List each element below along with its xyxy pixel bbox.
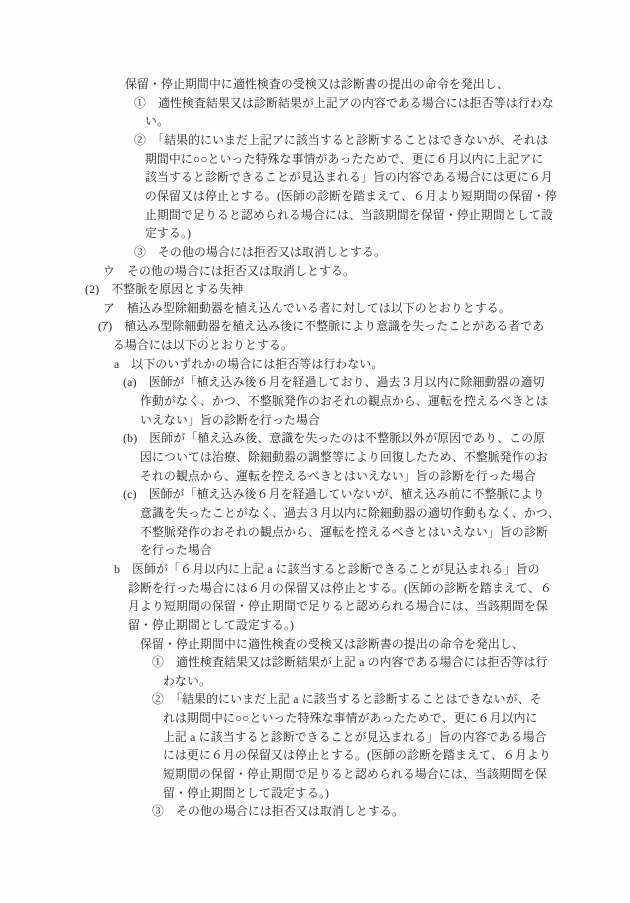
text-line: 月より短期間の保留・停止期間で足りると認められる場合には、当該期間を保 xyxy=(128,599,548,614)
text-line: れは期間中に○○といった特殊な事情があったためで、更に６月以内に xyxy=(163,711,538,726)
text-line: 該当すると診断できることが見込まれる」旨の内容である場合には更に６月 xyxy=(145,170,553,185)
text-line: 因については治療、除細動器の調整等により回復したため、不整脈発作のお xyxy=(140,450,548,465)
text-line: (2) 不整脈を原因とする失神 xyxy=(85,282,243,297)
text-line: い。 xyxy=(145,114,169,129)
text-line: (c) 医師が「植え込み後６月を経過していないが、植え込み前に不整脈により xyxy=(123,487,545,502)
text-line: ア 植込み型除細動器を植え込んでいる者に対しては以下のとおりとする。 xyxy=(103,301,511,316)
text-line: ウ その他の場合には拒否又は取消しとする。 xyxy=(103,264,355,279)
text-line: 保留・停止期間中に適性検査の受検又は診断書の提出の命令を発出し、 xyxy=(140,637,524,652)
text-line: を行った場合 xyxy=(140,543,212,558)
text-line: 短期間の保留・停止期間で足りると認められる場合には、当該期間を保 xyxy=(163,767,547,782)
text-line: (b) 医師が「植え込み後、意識を失ったのは不整脈以外が原因であり、この原 xyxy=(123,431,545,446)
text-line: 保留・停止期間中に適性検査の受検又は診断書の提出の命令を発出し、 xyxy=(125,77,509,92)
document-page: 保留・停止期間中に適性検査の受検又は診断書の提出の命令を発出し、① 適性検査結果… xyxy=(0,0,630,903)
text-line: 定する。) xyxy=(145,226,191,241)
text-line: ① 適性検査結果又は診断結果が上記アの内容である場合には拒否等は行わな xyxy=(134,96,554,111)
text-line: わない。 xyxy=(163,674,211,689)
text-line: 不整脈発作のおそれの観点から、運転を控えるべきとはいえない」旨の診断 xyxy=(140,525,548,540)
text-line: (a) 医師が「植え込み後６月を経過しており、過去３月以内に除細動器の適切 xyxy=(123,375,545,390)
text-line: 上記 a に該当すると診断できることが見込まれる」旨の内容である場合 xyxy=(163,730,547,745)
text-line: ① 適性検査結果又は診断結果が上記 a の内容である場合には拒否等は行 xyxy=(152,655,548,670)
text-line: a 以下のいずれかの場合には拒否等は行わない。 xyxy=(114,357,383,372)
text-line: る場合には以下のとおりとする。 xyxy=(113,338,293,353)
text-line: 診断を行った場合には６月の保留又は停止とする。(医師の診断を踏まえて、６ xyxy=(128,581,552,596)
text-line: には更に６月の保留又は停止とする。(医師の診断を踏まえて、６月より xyxy=(163,748,551,763)
text-line: 止期間で足りると認められる場合には、当該期間を保留・停止期間として設 xyxy=(145,208,553,223)
text-line: 作動がなく、かつ、不整脈発作のおそれの観点から、運転を控えるべきとは xyxy=(140,394,548,409)
text-line: それの観点から、運転を控えるべきとはいえない」旨の診断を行った場合 xyxy=(140,469,536,484)
text-line: 留・停止期間として設定する。) xyxy=(163,786,329,801)
text-line: (ｱ) 植込み型除細動器を植え込み後に不整脈により意識を失ったことがある者であ xyxy=(98,319,544,334)
text-line: ③ その他の場合には拒否又は取消しとする。 xyxy=(134,245,386,260)
text-line: 留・停止期間として設定する。) xyxy=(128,618,294,633)
text-line: 意識を失ったことがなく、過去３月以内に除細動器の適切作動もなく、かつ、 xyxy=(140,506,560,521)
text-line: ③ その他の場合には拒否又は取消しとする。 xyxy=(152,804,404,819)
text-line: ② 「結果的にいまだ上記 a に該当すると診断することはできないが、そ xyxy=(152,692,542,707)
text-line: の保留又は停止とする。(医師の診断を踏まえて、６月より短期間の保留・停 xyxy=(145,189,557,204)
text-line: b 医師が「６月以内に上記 a に該当すると診断できることが見込まれる」旨の xyxy=(114,562,540,577)
text-line: いえない」旨の診断を行った場合 xyxy=(140,413,320,428)
text-line: 期間中に○○といった特殊な事情があったためで、更に６月以内に上記アに xyxy=(145,152,544,167)
text-line: ② 「結果的にいまだ上記アに該当すると診断することはできないが、それは xyxy=(134,133,548,148)
